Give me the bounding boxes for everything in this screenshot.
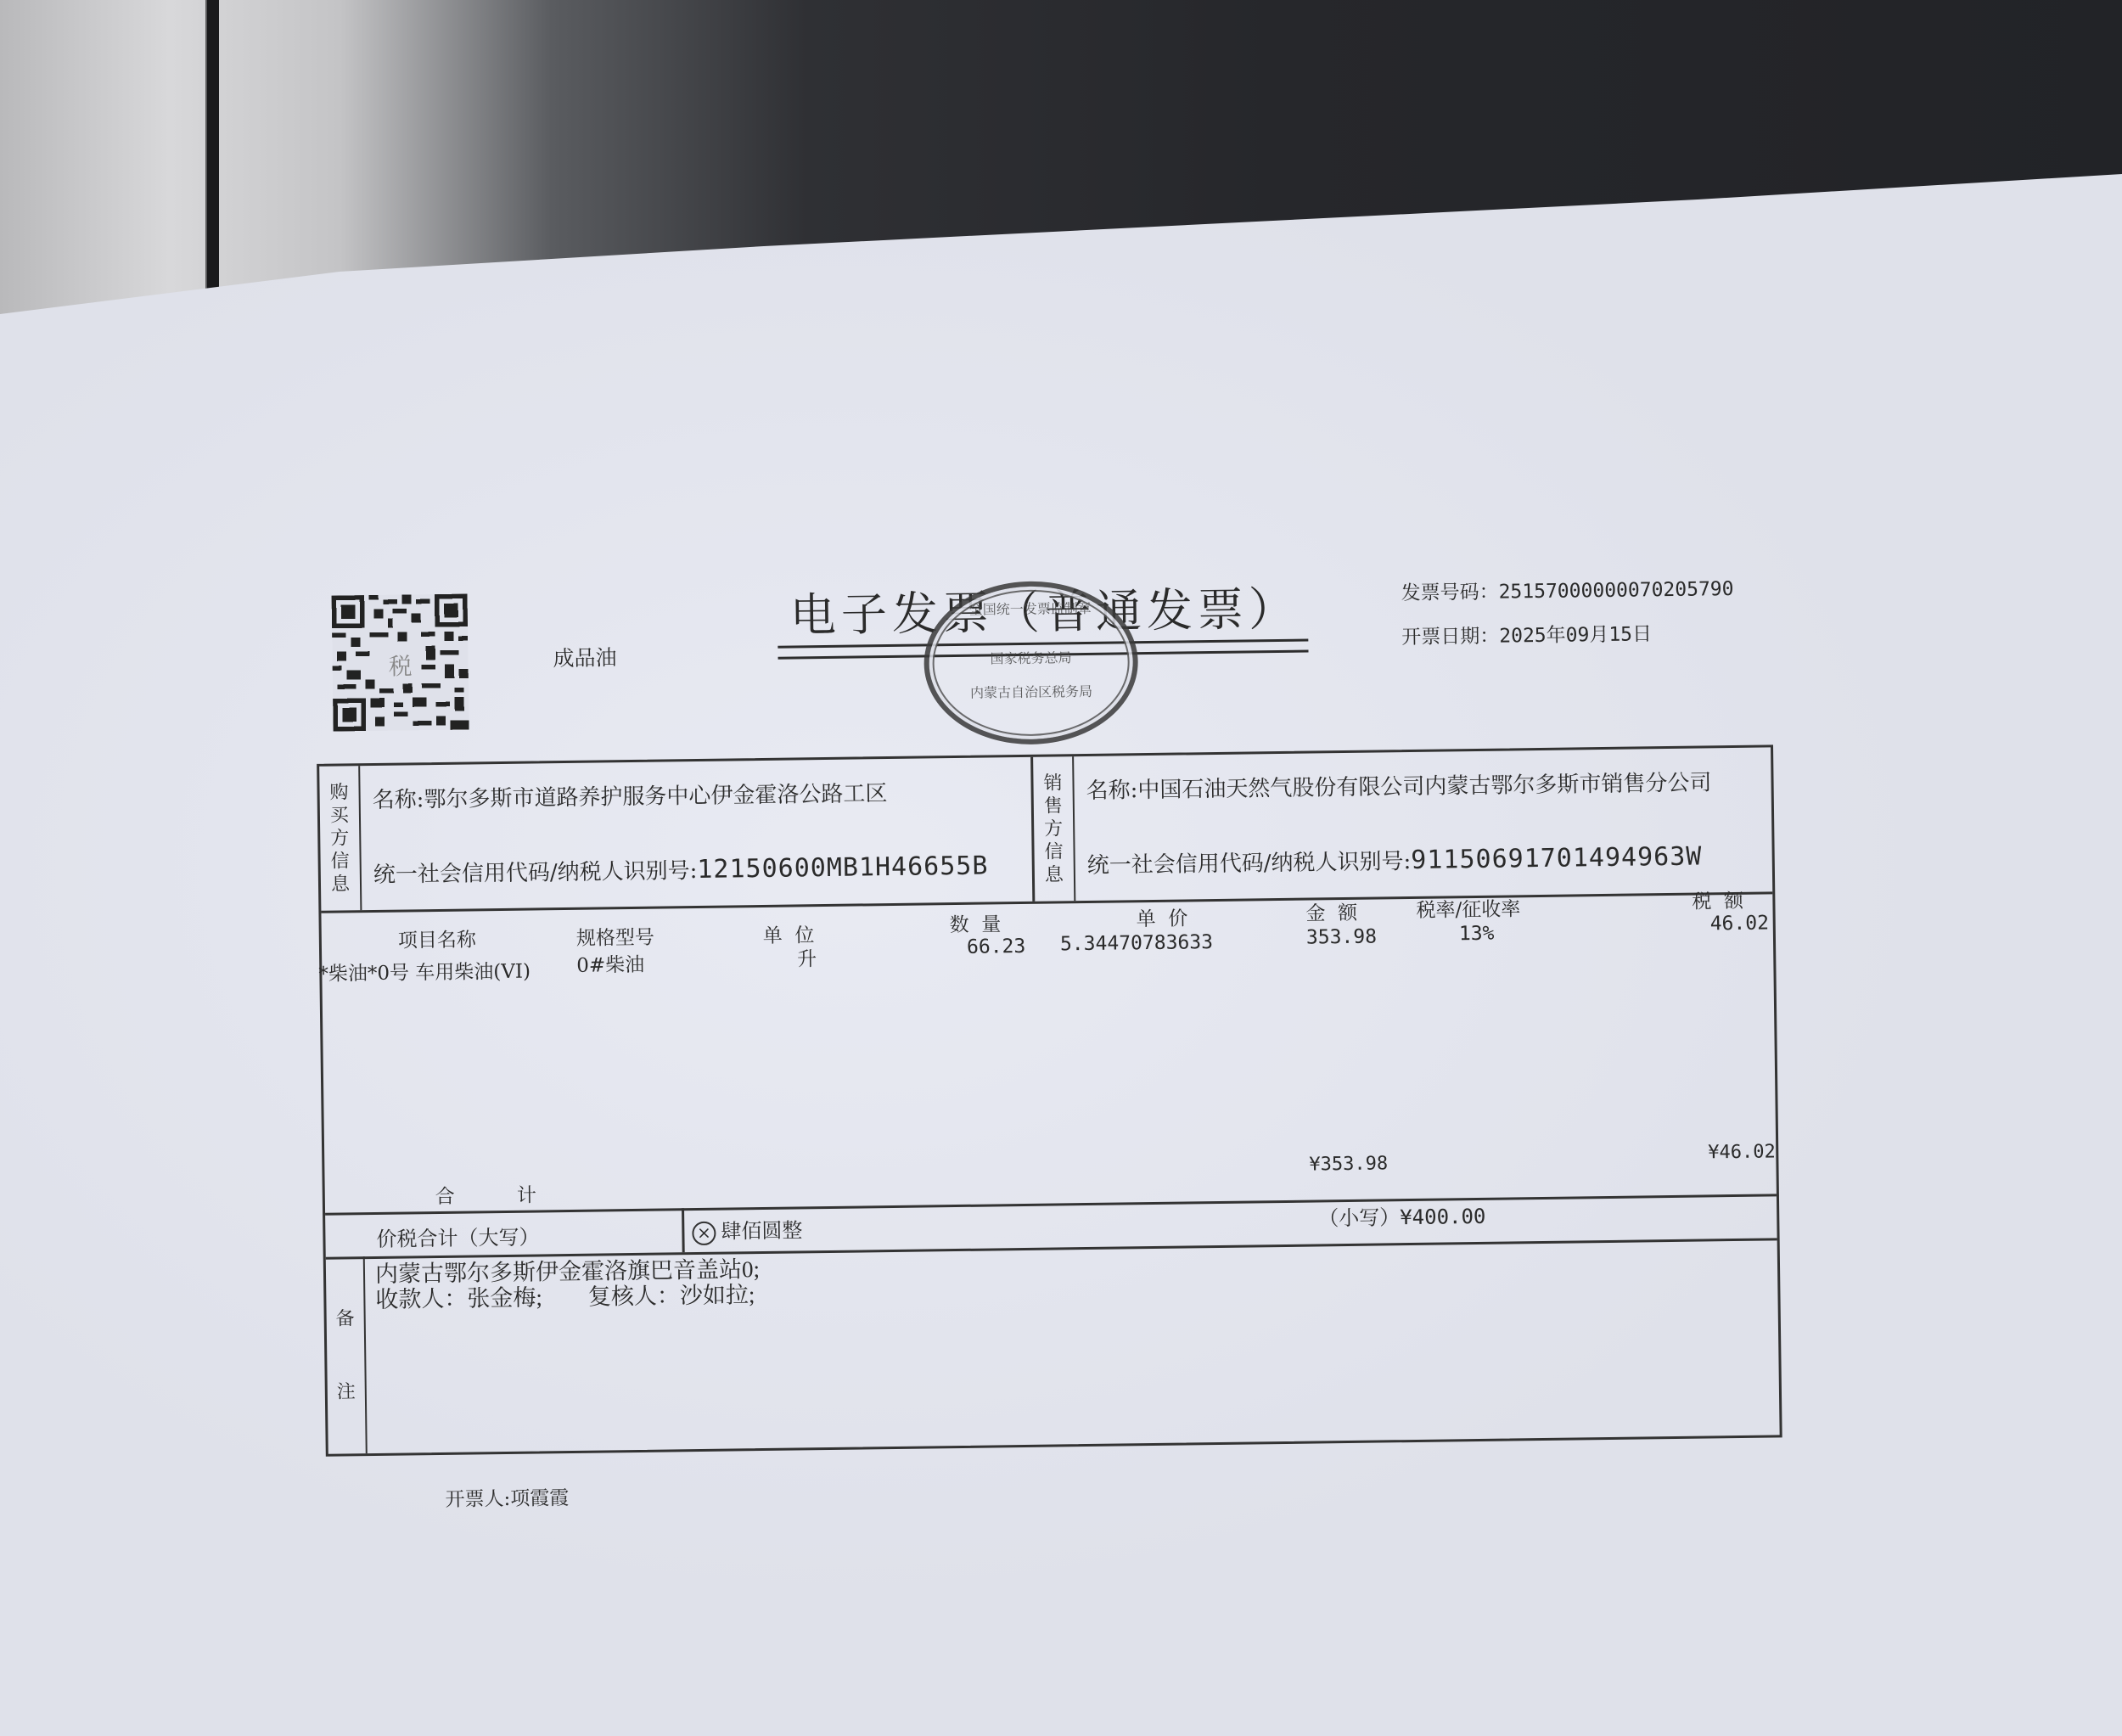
summary-divider [682, 1208, 685, 1252]
total-tax: ¥46.02 [1708, 1141, 1776, 1163]
seal-bottom-text: 内蒙古自治区税务局 [929, 680, 1133, 702]
issue-date-label: 开票日期： [1401, 626, 1499, 649]
item-tax-rate: 13% [1459, 923, 1495, 946]
buyer-name: 鄂尔多斯市道路养护服务中心伊金霍洛公路工区 [424, 781, 887, 812]
buyer-name-line: 名称:鄂尔多斯市道路养护服务中心伊金霍洛公路工区 [372, 776, 887, 814]
line-items: 项目名称 规格型号 单 位 数 量 单 价 金 额 税率/征收率 税 额 *柴油… [321, 891, 1777, 1215]
seller-name-line: 名称:中国石油天然气股份有限公司内蒙古鄂尔多斯市销售分公司 [1086, 765, 1711, 805]
item-spec: 0#柴油 [576, 949, 644, 978]
svg-text:税: 税 [389, 652, 413, 680]
header-qty: 数 量 [949, 908, 1001, 937]
issue-date: 2025年09月15日 [1499, 623, 1652, 647]
seller-info: 名称:中国石油天然气股份有限公司内蒙古鄂尔多斯市销售分公司 统一社会信用代码/纳… [1074, 747, 1771, 901]
total-amount: ¥353.98 [1309, 1153, 1388, 1175]
lowercase-amount-line: （小写）¥400.00 [1318, 1199, 1486, 1232]
seller-name: 中国石油天然气股份有限公司内蒙古鄂尔多斯市销售分公司 [1137, 770, 1711, 803]
lowercase-amount: ¥400.00 [1400, 1205, 1486, 1229]
invoice-document: 税 成品油 电子发票（普通发票） 全国统一发票监制章 国家税务总局 内蒙古自治区… [306, 541, 1794, 1494]
party-row: 购 买 方 信 息 名称:鄂尔多斯市道路养护服务中心伊金霍洛公路工区 统一社会信… [319, 747, 1772, 913]
issuer-name: 项霞霞 [510, 1487, 569, 1510]
seller-tax-id: 91150691701494963W [1411, 841, 1703, 874]
buyer-id-line: 统一社会信用代码/纳税人识别号:12150600MB1H46655B [373, 850, 989, 889]
item-unit-price: 5.34470783633 [1060, 931, 1213, 955]
seal-middle-text: 国家税务总局 [929, 646, 1132, 668]
issuer-line: 开票人:项霞霞 [445, 1482, 569, 1512]
remarks-label: 备 注 [326, 1256, 368, 1454]
summary-label: 价税合计（大写） [376, 1220, 539, 1252]
buyer-info: 名称:鄂尔多斯市道路养护服务中心伊金霍洛公路工区 统一社会信用代码/纳税人识别号… [360, 757, 1032, 910]
invoice-number-label: 发票号码： [1401, 581, 1498, 605]
invoice-category: 成品油 [553, 641, 616, 672]
remarks-content: 内蒙古鄂尔多斯伊金霍洛旗巴音盖站0; 收款人：张金梅; 复核人：沙如拉; [375, 1256, 761, 1312]
buyer-section-label: 购 买 方 信 息 [319, 766, 362, 911]
qr-code-icon: 税 [332, 594, 469, 732]
header-tax-rate: 税率/征收率 [1416, 893, 1520, 923]
header-tax: 税 额 [1692, 885, 1743, 914]
item-unit: 升 [797, 943, 817, 971]
seller-id-line: 统一社会信用代码/纳税人识别号:91150691701494963W [1087, 840, 1703, 879]
seller-section-label: 销 售 方 信 息 [1033, 756, 1075, 902]
invoice-meta: 发票号码：25157000000070205790 开票日期：2025年09月1… [1401, 567, 1734, 660]
header-spec: 规格型号 [576, 922, 654, 951]
issue-date-line: 开票日期：2025年09月15日 [1401, 611, 1735, 660]
item-qty: 66.23 [967, 935, 1026, 958]
uppercase-amount: 肆佰圆整 [721, 1218, 802, 1243]
item-name: *柴油*0号 车用柴油(VI) [318, 956, 530, 986]
header-amount: 金 额 [1305, 897, 1357, 926]
header-item-name: 项目名称 [398, 924, 476, 952]
circle-x-icon: × [692, 1221, 716, 1244]
invoice-number: 25157000000070205790 [1498, 578, 1733, 604]
item-tax: 46.02 [1710, 912, 1770, 935]
buyer-tax-id: 12150600MB1H46655B [697, 851, 989, 885]
remarks-line-staff: 收款人：张金梅; 复核人：沙如拉; [375, 1282, 760, 1312]
invoice-table: 购 买 方 信 息 名称:鄂尔多斯市道路养护服务中心伊金霍洛公路工区 统一社会信… [317, 744, 1782, 1456]
total-label: 合 计 [435, 1180, 537, 1210]
issuer-label: 开票人: [445, 1488, 510, 1511]
invoice-number-line: 发票号码：25157000000070205790 [1401, 567, 1734, 615]
item-amount: 353.98 [1306, 926, 1377, 949]
tax-bureau-seal: 全国统一发票监制章 国家税务总局 内蒙古自治区税务局 [923, 580, 1138, 745]
header-price: 单 价 [1136, 902, 1187, 931]
remarks-row: 备 注 内蒙古鄂尔多斯伊金霍洛旗巴音盖站0; 收款人：张金梅; 复核人：沙如拉; [326, 1238, 1780, 1453]
seal-top-text: 全国统一发票监制章 [929, 597, 1132, 619]
desk-seam [205, 0, 219, 301]
uppercase-amount-line: ×肆佰圆整 [692, 1213, 802, 1244]
